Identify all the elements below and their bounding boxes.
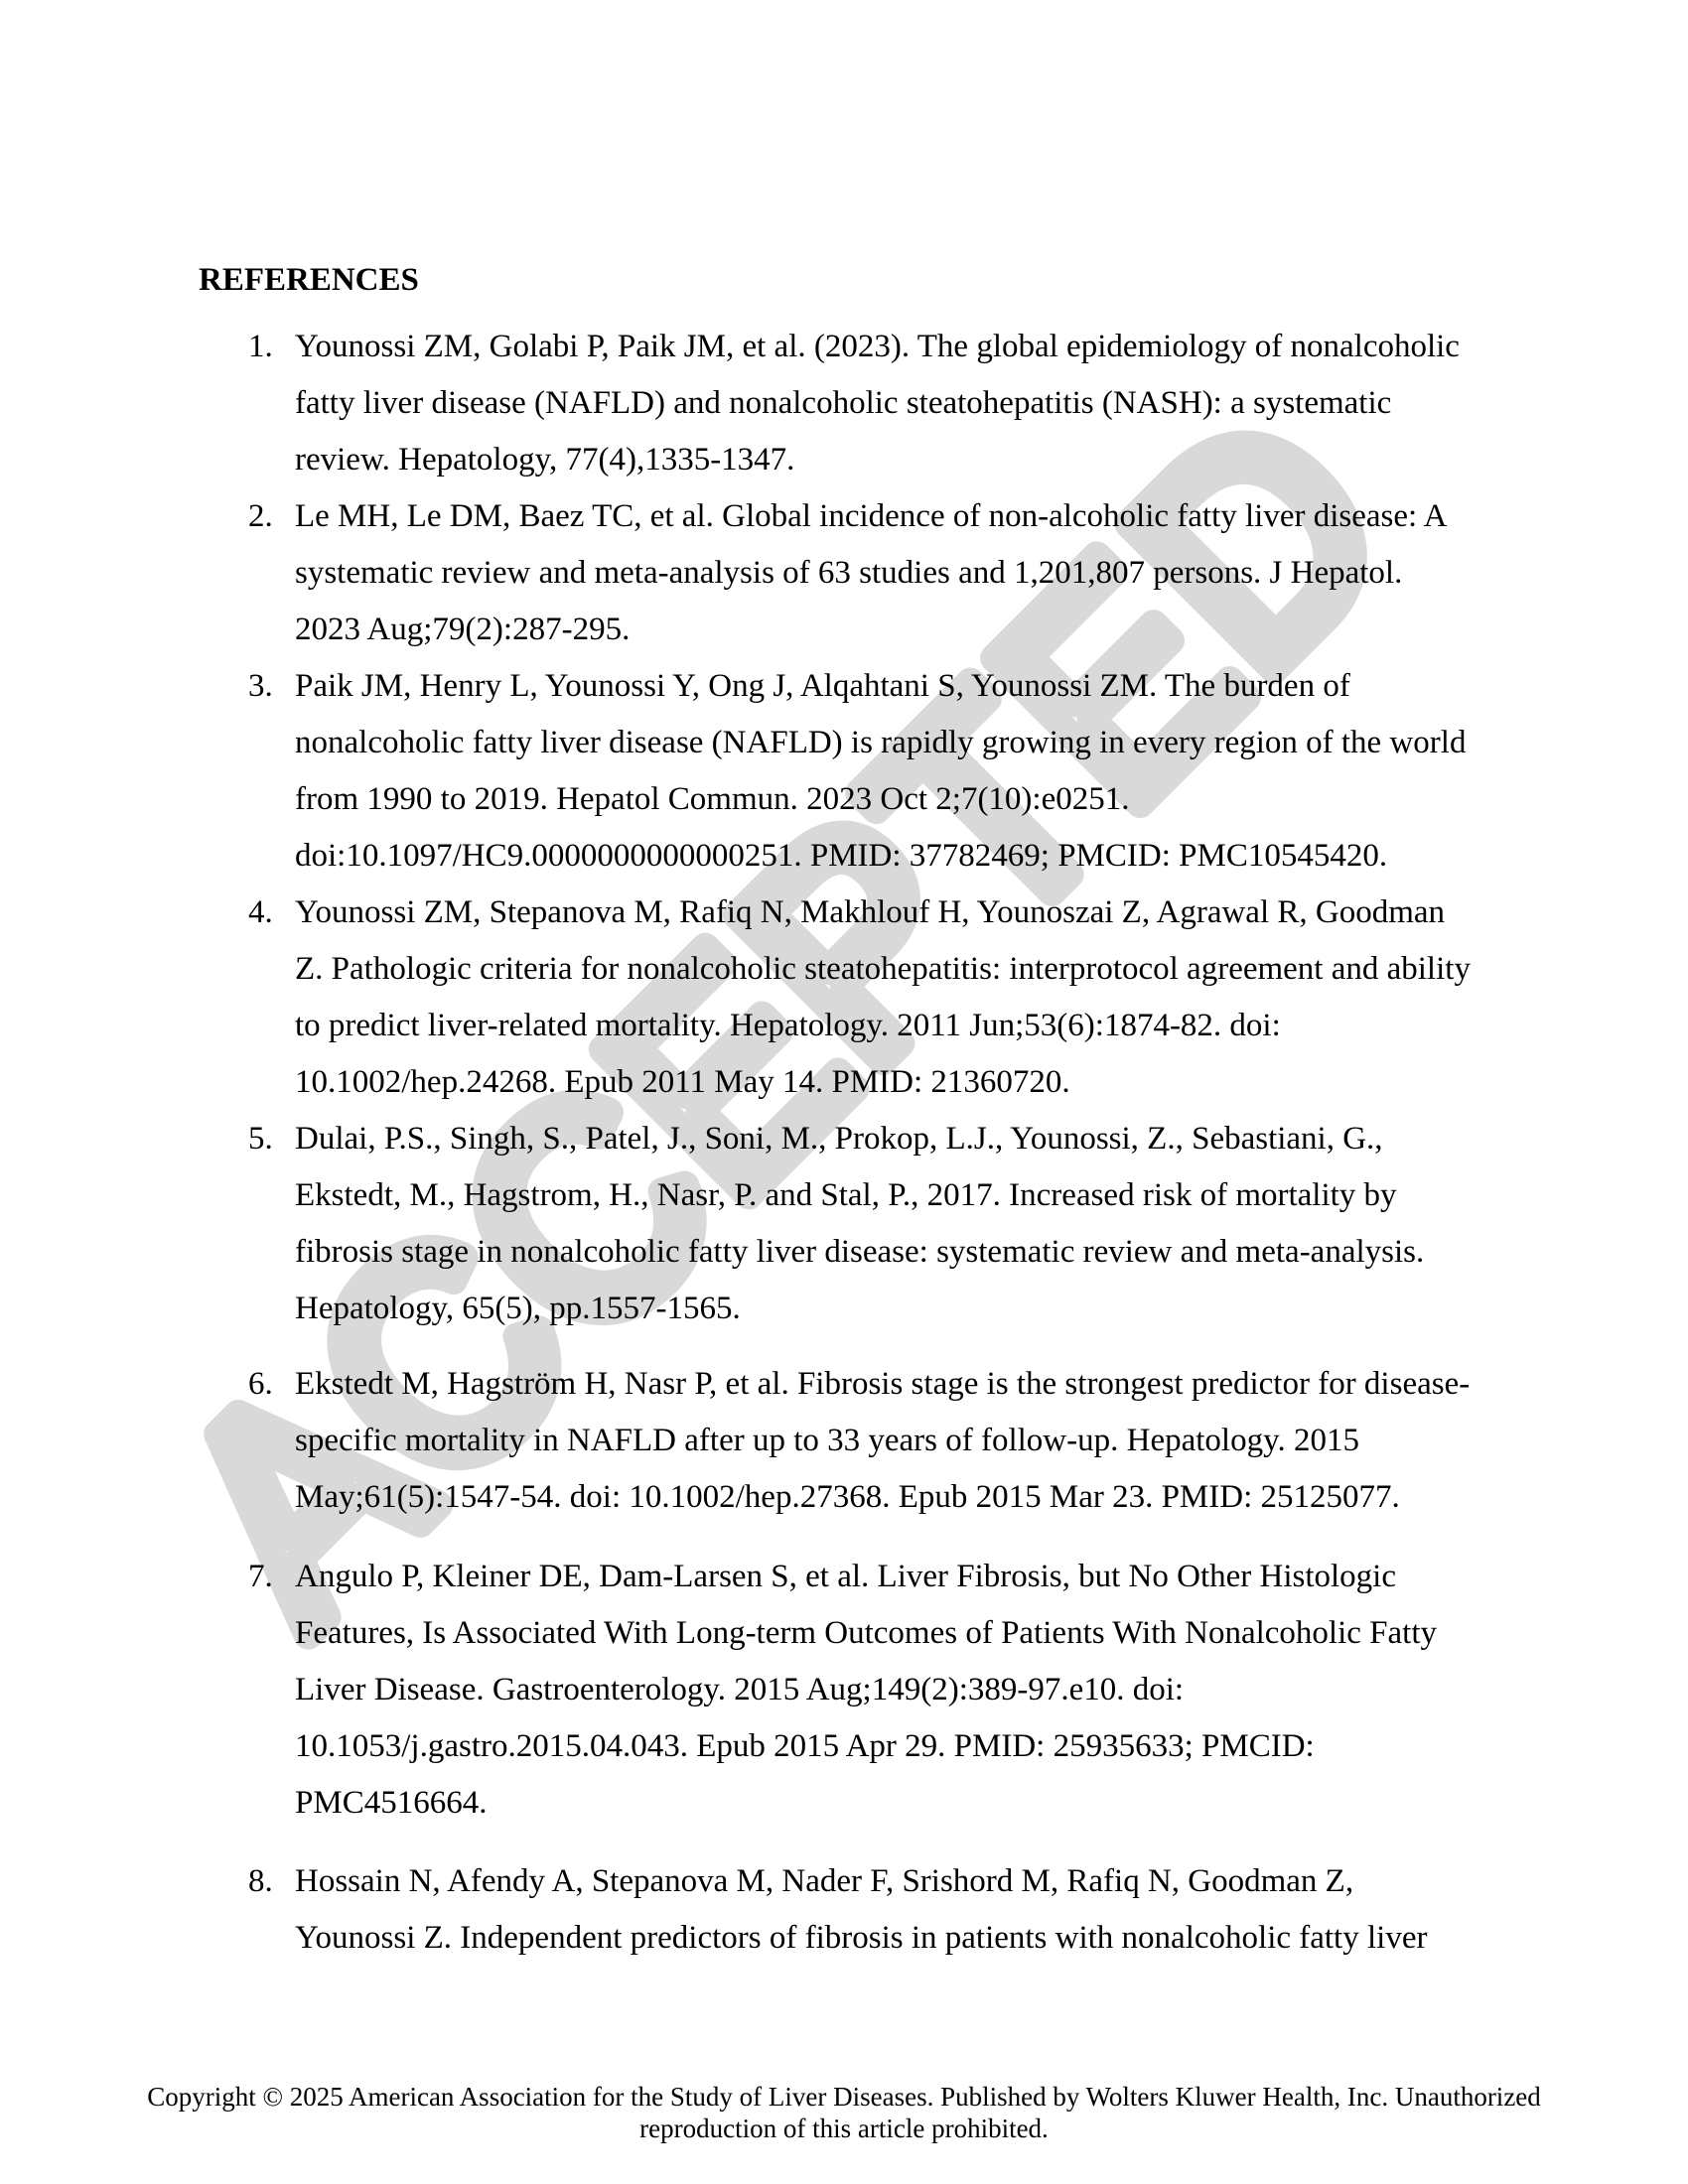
reference-number: 6. bbox=[248, 1368, 273, 1401]
reference-line: Ekstedt, M., Hagstrom, H., Nasr, P. and … bbox=[295, 1179, 1397, 1212]
reference-line: Hossain N, Afendy A, Stepanova M, Nader … bbox=[295, 1865, 1353, 1898]
reference-number: 3. bbox=[248, 670, 273, 703]
page-content: REFERENCES 1. Younossi ZM, Golabi P, Pai… bbox=[0, 0, 1688, 2184]
reference-line: from 1990 to 2019. Hepatol Commun. 2023 … bbox=[295, 783, 1130, 816]
reference-line: Z. Pathologic criteria for nonalcoholic … bbox=[295, 953, 1471, 986]
reference-line: fatty liver disease (NAFLD) and nonalcoh… bbox=[295, 387, 1391, 420]
reference-line: nonalcoholic fatty liver disease (NAFLD)… bbox=[295, 727, 1466, 759]
footer-reproduction-line: reproduction of this article prohibited. bbox=[0, 2116, 1688, 2142]
reference-line: Hepatology, 65(5), pp.1557-1565. bbox=[295, 1293, 741, 1325]
reference-line: doi:10.1097/HC9.0000000000000251. PMID: … bbox=[295, 840, 1387, 873]
reference-line: PMC4516664. bbox=[295, 1787, 487, 1820]
reference-line: 2023 Aug;79(2):287-295. bbox=[295, 614, 630, 646]
reference-line: Angulo P, Kleiner DE, Dam-Larsen S, et a… bbox=[295, 1561, 1396, 1593]
footer-copyright-line: Copyright © 2025 American Association fo… bbox=[0, 2084, 1688, 2111]
reference-line: Le MH, Le DM, Baez TC, et al. Global inc… bbox=[295, 500, 1447, 533]
reference-number: 8. bbox=[248, 1865, 273, 1898]
reference-line: Younossi ZM, Golabi P, Paik JM, et al. (… bbox=[295, 331, 1460, 363]
reference-number: 2. bbox=[248, 500, 273, 533]
reference-line: 10.1053/j.gastro.2015.04.043. Epub 2015 … bbox=[295, 1730, 1315, 1763]
document-page: ACCEPTED REFERENCES 1. Younossi ZM, Gola… bbox=[0, 0, 1688, 2184]
reference-line: Younossi ZM, Stepanova M, Rafiq N, Makhl… bbox=[295, 896, 1445, 929]
reference-line: review. Hepatology, 77(4),1335-1347. bbox=[295, 444, 794, 477]
reference-number: 1. bbox=[248, 331, 273, 363]
reference-number: 5. bbox=[248, 1123, 273, 1156]
reference-line: to predict liver-related mortality. Hepa… bbox=[295, 1010, 1281, 1042]
reference-line: Paik JM, Henry L, Younossi Y, Ong J, Alq… bbox=[295, 670, 1350, 703]
reference-line: specific mortality in NAFLD after up to … bbox=[295, 1425, 1359, 1457]
reference-line: systematic review and meta-analysis of 6… bbox=[295, 557, 1402, 590]
reference-line: Younossi Z. Independent predictors of fi… bbox=[295, 1922, 1427, 1955]
reference-number: 4. bbox=[248, 896, 273, 929]
reference-line: May;61(5):1547-54. doi: 10.1002/hep.2736… bbox=[295, 1481, 1400, 1514]
reference-line: Dulai, P.S., Singh, S., Patel, J., Soni,… bbox=[295, 1123, 1383, 1156]
references-heading: REFERENCES bbox=[199, 264, 419, 297]
reference-line: Features, Is Associated With Long-term O… bbox=[295, 1617, 1437, 1650]
reference-line: fibrosis stage in nonalcoholic fatty liv… bbox=[295, 1236, 1424, 1269]
reference-line: 10.1002/hep.24268. Epub 2011 May 14. PMI… bbox=[295, 1066, 1070, 1099]
reference-line: Liver Disease. Gastroenterology. 2015 Au… bbox=[295, 1674, 1184, 1706]
reference-number: 7. bbox=[248, 1561, 273, 1593]
reference-line: Ekstedt M, Hagström H, Nasr P, et al. Fi… bbox=[295, 1368, 1470, 1401]
